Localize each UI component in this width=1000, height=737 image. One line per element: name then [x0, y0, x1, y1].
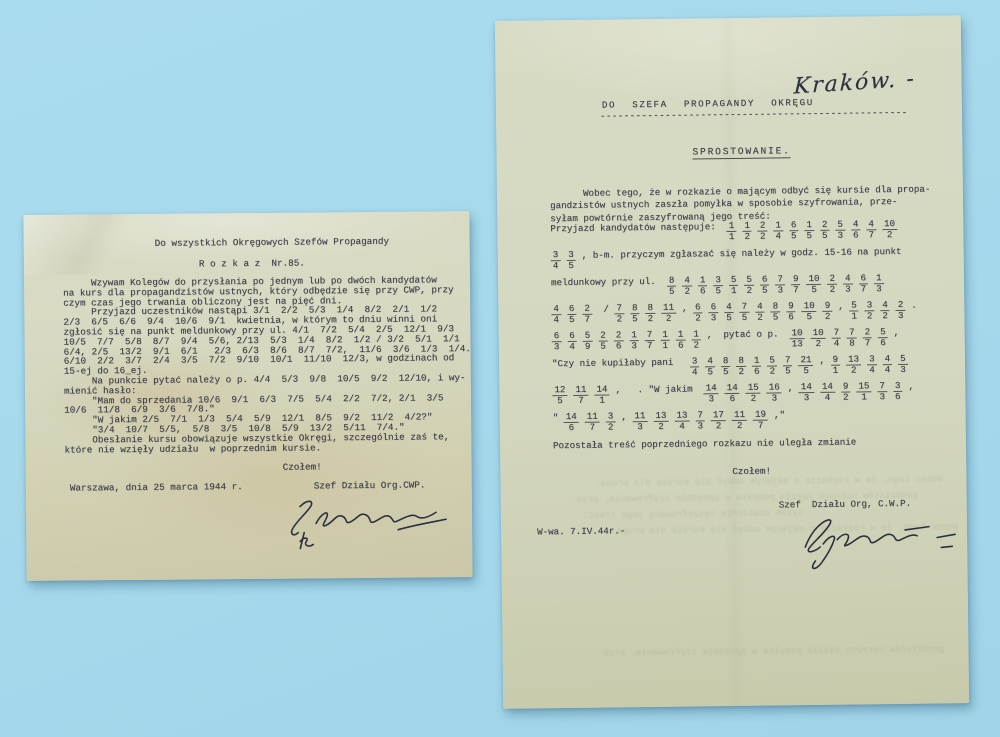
- cipher-fraction: 102: [882, 219, 897, 240]
- cipher-fraction: 97: [791, 274, 801, 295]
- cipher-fraction: 92: [841, 382, 851, 403]
- cipher-text-segment: ,: [621, 411, 632, 422]
- cipher-text-segment: ,: [894, 327, 900, 338]
- cipher-fraction: 63: [552, 331, 562, 352]
- cipher-fraction: 74: [832, 328, 842, 349]
- cipher-fraction: 62: [693, 302, 703, 323]
- cipher-fraction: 59: [583, 331, 593, 352]
- cipher-fraction: 56: [878, 327, 888, 348]
- cipher-fraction: 73: [695, 410, 705, 431]
- cipher-fraction: 47: [866, 219, 876, 240]
- cipher-fraction: 46: [851, 219, 861, 240]
- cipher-fraction: 77: [645, 330, 655, 351]
- cipher-fraction: 72: [614, 303, 624, 324]
- cipher-fraction: 146: [564, 412, 579, 433]
- cipher-text-segment: , . "W jakim: [615, 383, 703, 395]
- cipher-fraction: 44: [882, 354, 892, 375]
- cipher-fraction: 42: [880, 300, 890, 321]
- cipher-text-segment: ,: [838, 301, 849, 312]
- cipher-fraction: 163: [767, 382, 782, 403]
- bleedthrough-text: syłam powtórnie zaszyfrowaną jego treść:: [583, 507, 804, 521]
- bleedthrough-text: gandzistów ustnych zaszła pomyłka w spos…: [597, 643, 944, 658]
- cipher-fraction: 34: [551, 250, 561, 271]
- cipher-fraction: 85: [771, 301, 781, 322]
- cipher-text-segment: ,": [774, 409, 785, 420]
- cipher-fraction: 197: [753, 410, 768, 431]
- cipher-fraction: 73: [877, 381, 887, 402]
- cipher-fraction: 22: [758, 221, 768, 242]
- signature-scribble-right: [789, 507, 970, 581]
- right-heading: SPROSTOWANIE.: [692, 145, 790, 159]
- cipher-fraction: 96: [786, 301, 796, 322]
- cipher-fraction: 52: [744, 275, 754, 296]
- photo-scene: { "colors": { "background": "#a6d9ec", "…: [0, 0, 1000, 737]
- cipher-text-segment: , pytać o p.: [707, 328, 790, 340]
- paper-crease: [23, 214, 174, 275]
- cipher-fraction: 132: [846, 354, 861, 375]
- right-place-date: W-wa. 7.IV.44r.-: [537, 525, 625, 537]
- cipher-text-segment: ,: [908, 381, 914, 392]
- cipher-fraction: 26: [614, 330, 624, 351]
- cipher-fraction: 32: [606, 411, 616, 432]
- cipher-fraction: 143: [704, 383, 719, 404]
- cipher-fraction: 34: [690, 356, 700, 377]
- photo-background: Do wszystkich Okręgowych Szefów Propagan…: [0, 0, 1000, 737]
- cipher-fraction: 51: [849, 300, 859, 321]
- cipher-fraction: 53: [898, 354, 908, 375]
- cipher-fraction: 1013: [789, 328, 804, 349]
- cipher-fraction: 75: [740, 302, 750, 323]
- left-recipient-line: Do wszystkich Okręgowych Szefów Propagan…: [155, 236, 389, 249]
- cipher-text-segment: ": [553, 412, 564, 423]
- cipher-fraction: 92: [823, 301, 833, 322]
- cipher-text-segment: "Czy nie kupiłaby pani: [552, 357, 690, 370]
- cipher-text-segment: ,: [788, 382, 799, 393]
- cipher-fraction: 35: [566, 250, 576, 271]
- cipher-fraction: 67: [858, 273, 868, 294]
- cipher-fraction: 112: [661, 303, 676, 324]
- cipher-fraction: 78: [847, 327, 857, 348]
- typed-line: które nie wzięły udziału w poprzednim ku…: [64, 442, 477, 455]
- right-document: Wobec tego, że w rozkazie o mającym odby…: [495, 15, 969, 709]
- cipher-fraction: 75: [783, 355, 793, 376]
- cipher-fraction: 73: [775, 274, 785, 295]
- cipher-fraction: 105: [802, 301, 817, 322]
- cipher-fraction: 12: [742, 221, 752, 242]
- cipher-fraction: 172: [711, 410, 726, 431]
- cipher-fraction: 32: [865, 300, 875, 321]
- cipher-fraction: 132: [653, 411, 668, 432]
- cipher-fraction: 27: [863, 327, 873, 348]
- right-closing-line: Pozostała treść poprzedniego rozkazu nie…: [553, 436, 856, 451]
- right-salute: Czołem!: [732, 466, 771, 477]
- cipher-fraction: 82: [645, 303, 655, 324]
- cipher-fraction: 34: [867, 354, 877, 375]
- cipher-fraction: 11: [727, 221, 737, 242]
- cipher-fraction: 36: [893, 381, 903, 402]
- cipher-fraction: 64: [567, 331, 577, 352]
- left-place-date: Warszawa, dnia 25 marca 1944 r.: [70, 481, 243, 494]
- cipher-text-segment: .: [911, 300, 917, 311]
- cipher-text-segment: Przyjazd kandydatów następuje:: [550, 221, 727, 234]
- cipher-fraction: 65: [760, 275, 770, 296]
- cipher-fraction: 11: [660, 330, 670, 351]
- cipher-fraction: 125: [552, 385, 567, 406]
- cipher-fraction: 102: [810, 328, 825, 349]
- cipher-fraction: 16: [698, 275, 708, 296]
- cipher-fraction: 85: [630, 303, 640, 324]
- cipher-fraction: 152: [746, 383, 761, 404]
- cipher-fraction: 42: [682, 275, 692, 296]
- bleedthrough-text: Wobec tego, że w rozkazie o mającym odby…: [595, 473, 976, 489]
- cipher-fraction-block: Przyjazd kandydatów następuje: 111222146…: [550, 218, 962, 439]
- cipher-fraction: 25: [820, 220, 830, 241]
- cipher-fraction: 45: [705, 356, 715, 377]
- cipher-text-segment: ,: [819, 355, 830, 366]
- typed-underline-dashes: ----------------------------------------…: [600, 107, 908, 122]
- cipher-fraction: 65: [567, 304, 577, 325]
- cipher-fraction: 45: [724, 302, 734, 323]
- cipher-fraction: 134: [674, 411, 689, 432]
- cipher-fraction: 16: [676, 330, 686, 351]
- cipher-fraction: 13: [629, 330, 639, 351]
- cipher-fraction: 16: [752, 356, 762, 377]
- handwritten-district-name: Kraków. -: [793, 66, 916, 99]
- cipher-text-segment: meldunkowy przy ul.: [551, 276, 667, 288]
- cipher-fraction: 141: [594, 384, 609, 405]
- cipher-fraction: 63: [708, 302, 718, 323]
- cipher-fraction: 52: [767, 355, 777, 376]
- cipher-fraction: 43: [843, 274, 853, 295]
- cipher-fraction: 215: [798, 355, 813, 376]
- cipher-fraction: 44: [551, 304, 561, 325]
- cipher-fraction: 35: [713, 275, 723, 296]
- cipher-fraction: 85: [721, 356, 731, 377]
- cipher-fraction: 117: [573, 385, 588, 406]
- cipher-line: " 14611732, 11313213473172112197,": [553, 407, 962, 439]
- cipher-fraction: 51: [729, 275, 739, 296]
- cipher-fraction: 53: [835, 220, 845, 241]
- cipher-fraction: 91: [830, 355, 840, 376]
- cipher-fraction: 14: [773, 220, 783, 241]
- left-body-text: Wzywam Kolegów do przysłania po jednym l…: [63, 275, 478, 455]
- cipher-fraction: 27: [582, 304, 592, 325]
- cipher-text-segment: /: [598, 303, 615, 314]
- cipher-fraction: 143: [799, 382, 814, 403]
- cipher-fraction: 25: [598, 331, 608, 352]
- cipher-fraction: 117: [585, 412, 600, 433]
- cipher-fraction: 113: [632, 411, 647, 432]
- cipher-fraction: 13: [874, 273, 884, 294]
- cipher-text-segment: ,: [682, 302, 693, 313]
- cipher-fraction: 82: [736, 356, 746, 377]
- cipher-fraction: 22: [827, 274, 837, 295]
- left-order-title: R o z k a z Nr.85.: [199, 257, 305, 269]
- cipher-fraction: 112: [732, 410, 747, 431]
- cipher-fraction: 23: [896, 300, 906, 321]
- left-document: Do wszystkich Okręgowych Szefów Propagan…: [23, 211, 472, 581]
- cipher-fraction: 151: [856, 381, 871, 402]
- cipher-fraction: 105: [806, 274, 821, 295]
- cipher-fraction: 144: [820, 382, 835, 403]
- cipher-fraction: 65: [789, 220, 799, 241]
- signature-scribble-left: [278, 489, 464, 553]
- left-salute: Czołem!: [283, 461, 322, 472]
- cipher-fraction: 15: [804, 220, 814, 241]
- cipher-fraction: 42: [755, 302, 765, 323]
- cipher-fraction: 146: [725, 383, 740, 404]
- cipher-fraction: 85: [667, 276, 677, 297]
- cipher-fraction: 12: [691, 329, 701, 350]
